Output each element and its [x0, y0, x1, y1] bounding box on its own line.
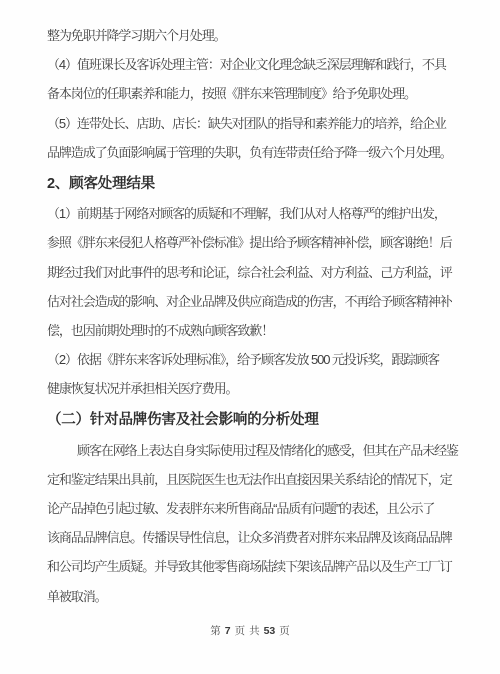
paragraph-line: （5）连带处长、店助、店长：缺失对团队的指导和素养能力的培养，给企业: [47, 109, 455, 138]
section-heading-customer-results: 2、顾客处理结果: [47, 170, 455, 199]
paragraph-line: 单被取消。: [47, 582, 455, 611]
paragraph-line: 整为免职并降学习期六个月处理。: [47, 21, 455, 50]
footer-label-middle: 页: [235, 625, 246, 637]
paragraph-line: 备本岗位的任职素养和能力，按照《胖东来管理制度》给予免职处理。: [47, 79, 455, 108]
paragraph-line: 健康恢复状况并承担相关医疗费用。: [47, 374, 455, 403]
paragraph-line: （1）前期基于网络对顾客的质疑和不理解，我们从对人格尊严的维护出发，: [47, 199, 455, 228]
paragraph-line: 估对社会造成的影响、对企业品牌及供应商造成的伤害，不再给予顾客精神补: [47, 287, 455, 316]
document-page: 整为免职并降学习期六个月处理。 （4）值班课长及客诉处理主管：对企业文化理念缺乏…: [0, 0, 500, 674]
paragraph-line: 品牌造成了负面影响属于管理的失职，负有连带责任给予降一级六个月处理。: [47, 138, 455, 167]
paragraph-line: 期经过我们对此事件的思考和论证，综合社会利益、对方利益、己方利益，评: [47, 258, 455, 287]
paragraph-line: 顾客在网络上表达自身实际使用过程及情绪化的感受，但其在产品未经鉴: [47, 436, 455, 465]
paragraph-line: 该商品品牌信息。传播误导性信息，让众多消费者对胖东来品牌及该商品品牌: [47, 523, 455, 552]
footer-label-conjunction: 共: [249, 625, 260, 637]
footer-label-prefix: 第: [210, 625, 221, 637]
section-heading-brand-impact: （二）针对品牌伤害及社会影响的分析处理: [47, 406, 455, 435]
paragraph-line: 定和鉴定结果出具前，且医院医生也无法作出直接因果关系结论的情况下，定: [47, 465, 455, 494]
paragraph-line: 论产品掉色引起过敏、发表胖东来所售商品“品质有问题”的表述，且公示了: [47, 494, 455, 523]
page-footer: 第7页共53页: [0, 624, 500, 638]
total-pages: 53: [264, 625, 276, 637]
document-body: 整为免职并降学习期六个月处理。 （4）值班课长及客诉处理主管：对企业文化理念缺乏…: [0, 0, 500, 611]
paragraph-line: 参照《胖东来侵犯人格尊严补偿标准》提出给予顾客精神补偿，顾客谢绝！后: [47, 228, 455, 257]
paragraph-line: 偿，也因前期处理时的不成熟向顾客致歉！: [47, 316, 455, 345]
paragraph-line: 和公司均产生质疑。并导致其他零售商场陆续下架该品牌产品以及生产工厂订: [47, 552, 455, 581]
footer-label-suffix: 页: [279, 625, 290, 637]
paragraph-line: （4）值班课长及客诉处理主管：对企业文化理念缺乏深层理解和践行，不具: [47, 50, 455, 79]
page-number: 7: [225, 625, 231, 637]
paragraph-line: （2）依据《胖东来客诉处理标准》，给予顾客发放 500 元投诉奖，跟踪顾客: [47, 345, 455, 374]
